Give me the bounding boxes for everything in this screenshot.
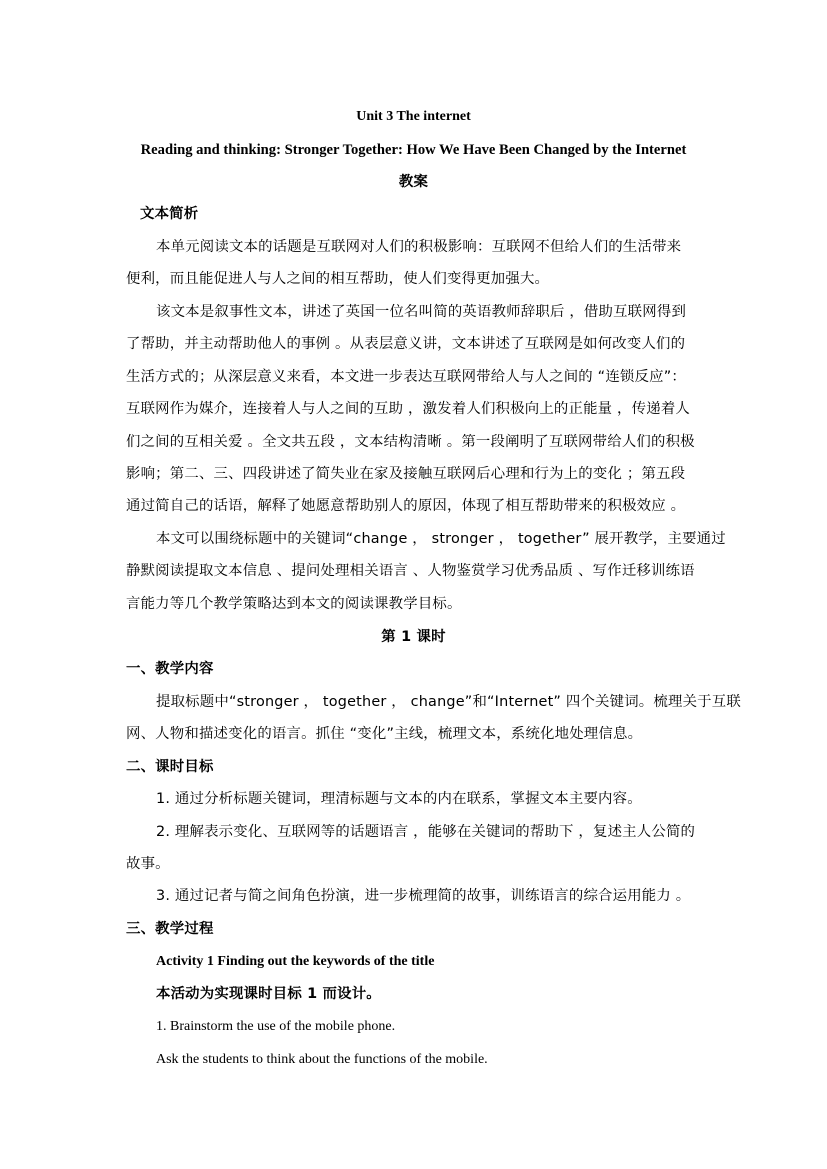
paragraph-line: 了帮助，并主动帮助他人的事例 。从表层意义讲，文本讲述了互联网是如何改变人们的 bbox=[126, 334, 685, 354]
paragraph-line: 们之间的互相关爱 。全文共五段 ，文本结构清晰 。第一段阐明了互联网带给人们的积… bbox=[126, 432, 695, 452]
paragraph-line: 影响；第二、三、四段讲述了简失业在家及接触互联网后心理和行为上的变化 ；第五段 bbox=[126, 464, 685, 484]
paragraph-line: 生活方式的；从深层意义来看，本文进一步表达互联网带给人与人之间的 “连锁反应”： bbox=[126, 367, 686, 387]
paragraph-line: 提取标题中“stronger ， together ， change”和“Int… bbox=[156, 692, 741, 712]
activity-goal: 本活动为实现课时目标 1 而设计。 bbox=[156, 984, 381, 1004]
activity-step-1: 1. Brainstorm the use of the mobile phon… bbox=[156, 1017, 395, 1037]
paragraph-line: 静默阅读提取文本信息 、提问处理相关语言 、人物鉴赏学习优秀品质 、写作迁移训练… bbox=[126, 561, 695, 581]
paragraph-line: 言能力等几个教学策略达到本文的阅读课教学目标。 bbox=[126, 594, 462, 614]
activity-step-1-detail: Ask the students to think about the func… bbox=[156, 1050, 488, 1070]
section-heading-text-analysis: 文本简析 bbox=[140, 204, 198, 224]
paragraph-line: 通过简自己的话语，解释了她愿意帮助别人的原因，体现了相互帮助带来的积极效应 。 bbox=[126, 496, 685, 516]
lesson-subtitle: Reading and thinking: Stronger Together:… bbox=[0, 140, 827, 160]
objective-item-2-cont: 故事。 bbox=[126, 854, 170, 874]
objective-item-3: 3. 通过记者与简之间角色扮演，进一步梳理简的故事，训练语言的综合运用能力 。 bbox=[156, 886, 690, 906]
activity-title: Activity 1 Finding out the keywords of t… bbox=[156, 952, 434, 972]
doc-type-title: 教案 bbox=[0, 172, 827, 192]
paragraph-line: 本单元阅读文本的话题是互联网对人们的积极影响：互联网不但给人们的生活带来 bbox=[156, 237, 681, 257]
paragraph-line: 便利，而且能促进人与人之间的相互帮助，使人们变得更加强大。 bbox=[126, 269, 549, 289]
part2-heading: 二、课时目标 bbox=[126, 757, 214, 777]
objective-item-2: 2. 理解表示变化、互联网等的话题语言 ，能够在关键词的帮助下 ，复述主人公简的 bbox=[156, 822, 695, 842]
part3-heading: 三、教学过程 bbox=[126, 919, 214, 939]
part1-heading: 一、教学内容 bbox=[126, 659, 214, 679]
paragraph-line: 互联网作为媒介，连接着人与人之间的互助 ，激发着人们积极向上的正能量 ，传递着人 bbox=[126, 399, 690, 419]
paragraph-line: 本文可以围绕标题中的关键词“change ， stronger ， togeth… bbox=[156, 529, 726, 549]
paragraph-line: 该文本是叙事性文本，讲述了英国一位名叫简的英语教师辞职后 ，借助互联网得到 bbox=[156, 302, 686, 322]
document-page: Unit 3 The internet Reading and thinking… bbox=[0, 0, 827, 1169]
paragraph-line: 网、人物和描述变化的语言。抓住 “变化”主线，梳理文本，系统化地处理信息。 bbox=[126, 724, 642, 744]
unit-title: Unit 3 The internet bbox=[0, 107, 827, 127]
lesson-title: 第 1 课时 bbox=[0, 627, 827, 647]
objective-item-1: 1. 通过分析标题关键词，理清标题与文本的内在联系，掌握文本主要内容。 bbox=[156, 789, 642, 809]
